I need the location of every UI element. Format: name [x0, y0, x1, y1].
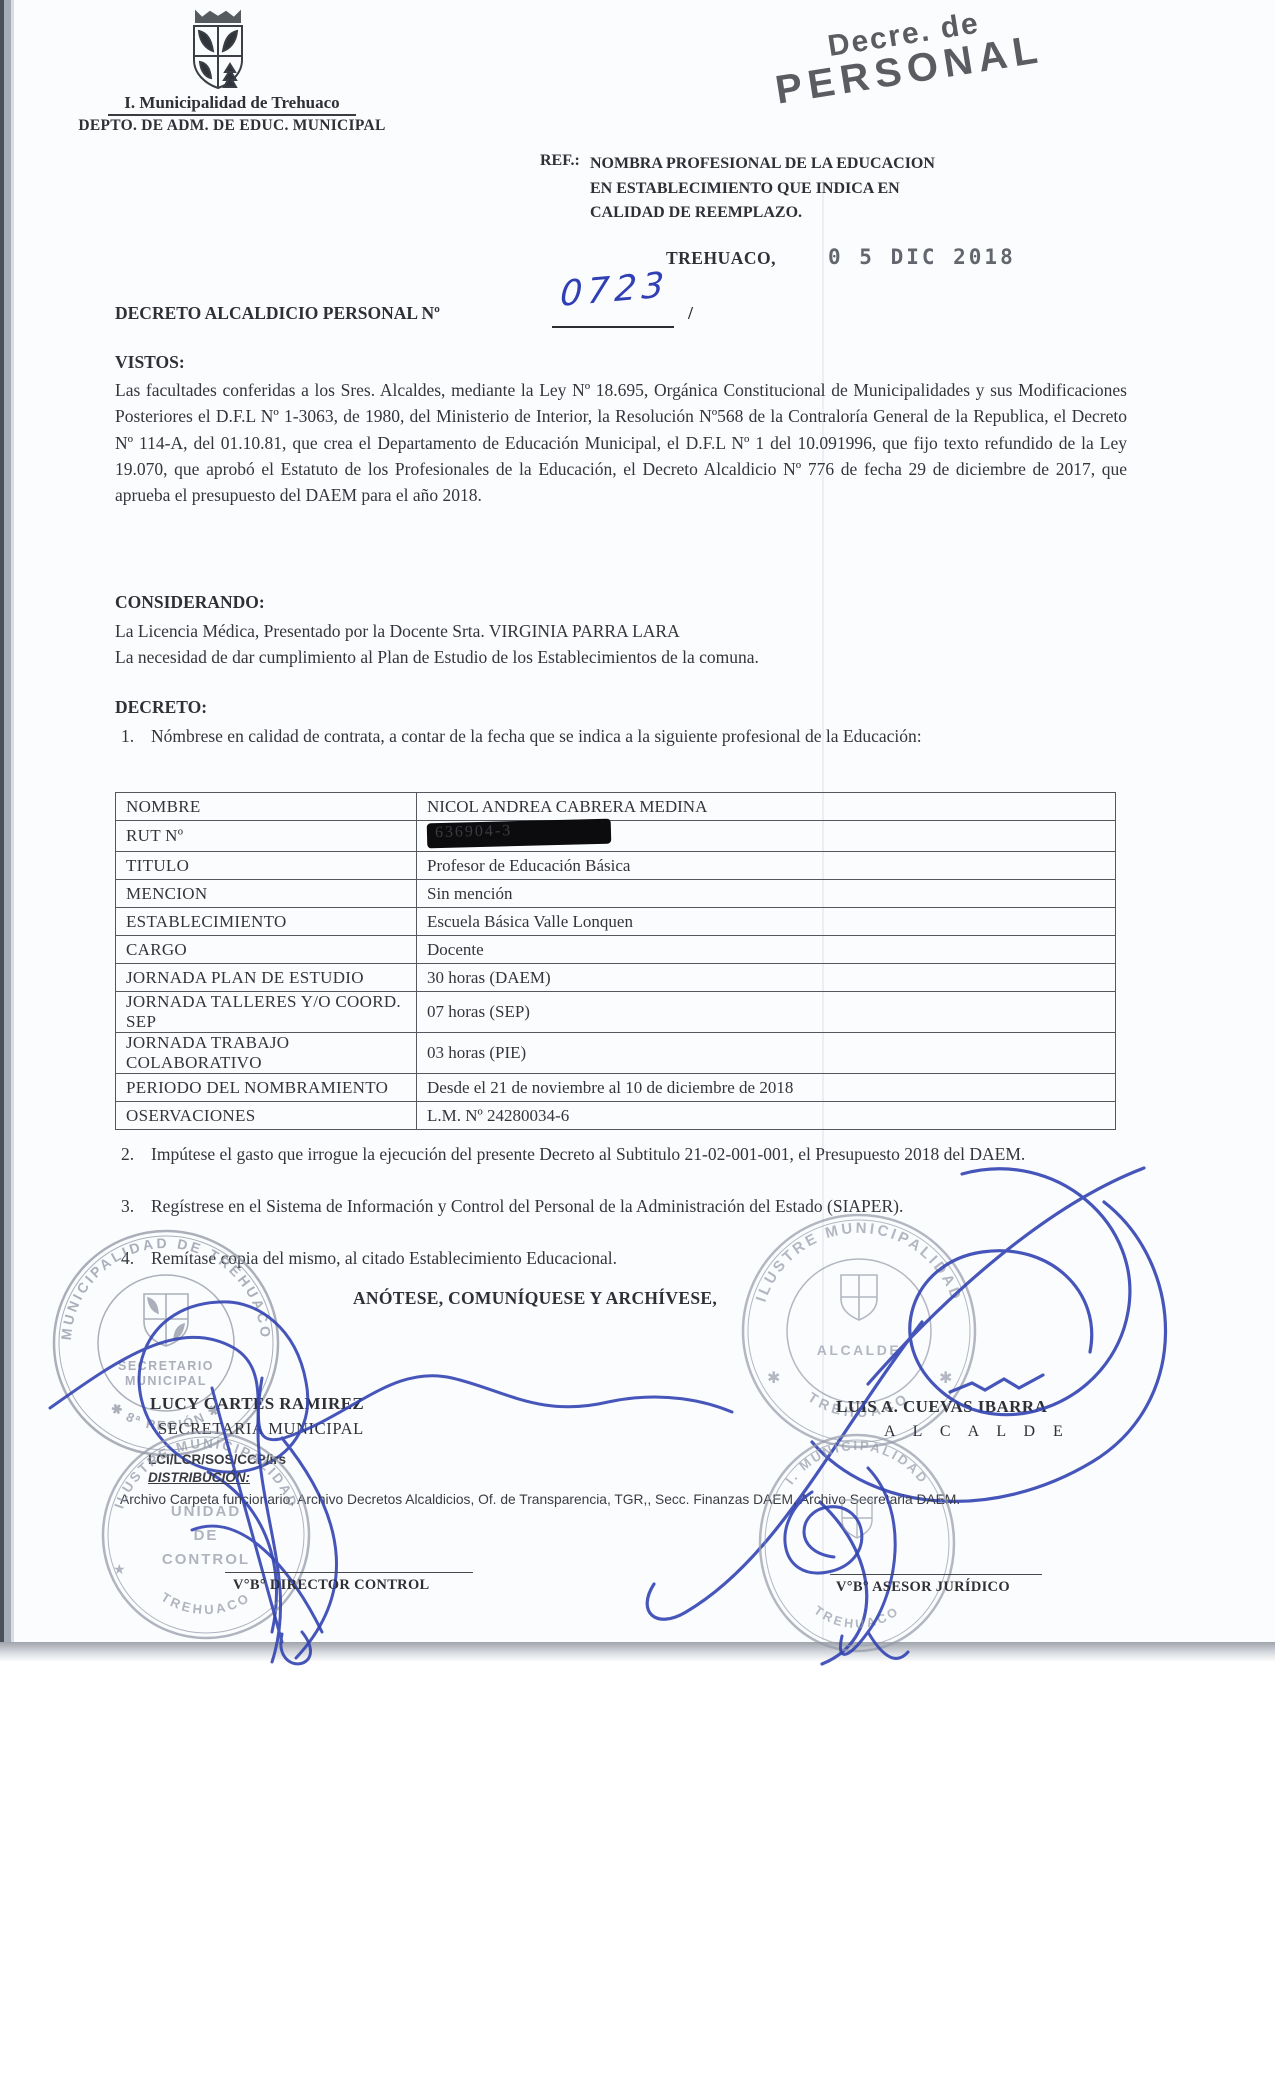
decreto-heading: DECRETO:: [115, 697, 207, 718]
ref-label: REF.:: [540, 152, 580, 170]
item-2-number: 2.: [121, 1141, 134, 1167]
table-row: OSERVACIONESL.M. Nº 24280034-6: [116, 1102, 1116, 1130]
coat-of-arms-logo: [178, 8, 258, 94]
municipality-name: I. Municipalidad de Trehuaco: [108, 93, 356, 116]
svg-text:ALCALDE: ALCALDE: [817, 1342, 901, 1358]
row-label: ESTABLECIMIENTO: [116, 908, 417, 936]
table-row: JORNADA TRABAJO COLABORATIVO03 horas (PI…: [116, 1033, 1116, 1074]
table-row: TITULOProfesor de Educación Básica: [116, 852, 1116, 880]
row-label: RUT Nº: [116, 821, 417, 852]
table-row: MENCIONSin mención: [116, 880, 1116, 908]
svg-text:SECRETARIO: SECRETARIO: [118, 1359, 214, 1373]
svg-text:✱: ✱: [939, 1370, 952, 1387]
svg-text:DE: DE: [194, 1527, 219, 1544]
decreto-item-2: 2. Impútese el gasto que irrogue la ejec…: [115, 1141, 1129, 1167]
row-value: Desde el 21 de noviembre al 10 de diciem…: [417, 1074, 1116, 1102]
row-label: TITULO: [116, 852, 417, 880]
svg-text:UNIDAD: UNIDAD: [171, 1503, 241, 1520]
row-value: Profesor de Educación Básica: [417, 852, 1116, 880]
row-value: L.M. Nº 24280034-6: [417, 1102, 1116, 1130]
row-value: Escuela Básica Valle Lonquen: [417, 908, 1116, 936]
table-row: PERIODO DEL NOMBRAMIENTODesde el 21 de n…: [116, 1074, 1116, 1102]
row-label: JORNADA PLAN DE ESTUDIO: [116, 964, 417, 992]
svg-text:✱: ✱: [767, 1370, 780, 1387]
ref-line3: CALIDAD DE REEMPLAZO.: [590, 201, 1010, 226]
item-1-number: 1.: [121, 723, 134, 749]
rut-redaction-box: 636904-3: [427, 819, 612, 849]
row-value: Docente: [417, 936, 1116, 964]
alcalde-stamp: ILUSTRE MUNICIPALIDAD TREHUACO ALCALDE ✱…: [733, 1205, 985, 1457]
vistos-paragraph: Las facultades conferidas a los Sres. Al…: [115, 377, 1127, 508]
vb-asesor-line: [830, 1550, 1042, 1575]
table-row: RUT Nº 636904-3: [116, 821, 1116, 852]
secretaria-name: LUCY CARTES RAMIREZ: [150, 1394, 364, 1414]
table-row: JORNADA PLAN DE ESTUDIO30 horas (DAEM): [116, 964, 1116, 992]
date-stamp: 0 5 DIC 2018: [828, 245, 1016, 269]
row-label: NOMBRE: [116, 793, 417, 821]
department-name: DEPTO. DE ADM. DE EDUC. MUNICIPAL: [52, 117, 412, 135]
scan-edge-light: [11, 0, 14, 1650]
scanned-decree-page: I. Municipalidad de Trehuaco DEPTO. DE A…: [0, 0, 1275, 2100]
svg-text:I. MUNICIPALIDAD: I. MUNICIPALIDAD: [782, 1438, 931, 1487]
row-label: PERIODO DEL NOMBRAMIENTO: [116, 1074, 417, 1102]
svg-text:TREHUACO: TREHUACO: [811, 1603, 902, 1631]
table-row: JORNADA TALLERES Y/O COORD. SEP07 horas …: [116, 992, 1116, 1033]
ref-block: NOMBRA PROFESIONAL DE LA EDUCACION EN ES…: [590, 152, 1010, 226]
row-label: MENCION: [116, 880, 417, 908]
svg-text:★: ★: [113, 1563, 126, 1578]
asesor-juridico-stamp: I. MUNICIPALIDAD TREHUACO: [752, 1428, 962, 1658]
svg-text:ILUSTRE MUNICIPALIDAD: ILUSTRE MUNICIPALIDAD: [111, 1436, 300, 1511]
item-2-text: Impútese el gasto que irrogue la ejecuci…: [151, 1144, 1025, 1164]
unidad-control-stamp: ILUSTRE MUNICIPALIDAD TREHUACO UNIDAD DE…: [95, 1424, 317, 1646]
scan-edge-mid: [4, 0, 11, 1650]
table-row: NOMBRENICOL ANDREA CABRERA MEDINA: [116, 793, 1116, 821]
item-1-text: Nómbrese en calidad de contrata, a conta…: [151, 726, 922, 746]
considerando-heading: CONSIDERANDO:: [115, 592, 265, 613]
row-label: CARGO: [116, 936, 417, 964]
row-value: Sin mención: [417, 880, 1116, 908]
considerando-line2: La necesidad de dar cumplimiento al Plan…: [115, 644, 1127, 670]
vb-director-control: V°B° DIRECTOR CONTROL: [233, 1577, 430, 1594]
decreto-item-1: 1. Nómbrese en calidad de contrata, a co…: [115, 723, 1129, 749]
row-label: OSERVACIONES: [116, 1102, 417, 1130]
row-label: JORNADA TRABAJO COLABORATIVO: [116, 1033, 417, 1074]
table-row: CARGODocente: [116, 936, 1116, 964]
item-3-number: 3.: [121, 1193, 134, 1219]
decree-number-suffix: /: [688, 303, 693, 324]
vistos-heading: VISTOS:: [115, 352, 185, 373]
decree-number-label: DECRETO ALCALDICIO PERSONAL Nº: [115, 303, 440, 324]
row-value: NICOL ANDREA CABRERA MEDINA: [417, 793, 1116, 821]
svg-text:MUNICIPAL: MUNICIPAL: [125, 1374, 207, 1388]
vb-director-line: [225, 1548, 473, 1573]
row-value: 636904-3: [417, 821, 1116, 852]
row-value: 03 horas (PIE): [417, 1033, 1116, 1074]
considerando-line1: La Licencia Médica, Presentado por la Do…: [115, 618, 1127, 644]
table-row: ESTABLECIMIENTOEscuela Básica Valle Lonq…: [116, 908, 1116, 936]
appointment-table: NOMBRENICOL ANDREA CABRERA MEDINA RUT Nº…: [115, 792, 1116, 1130]
ref-line1: NOMBRA PROFESIONAL DE LA EDUCACION: [590, 152, 1010, 177]
vb-asesor-juridico: V°B° ASESOR JURÍDICO: [836, 1579, 1010, 1596]
row-value: 07 horas (SEP): [417, 992, 1116, 1033]
row-value: 30 horas (DAEM): [417, 964, 1116, 992]
alcalde-name: LUIS A. CUEVAS IBARRA: [836, 1397, 1047, 1417]
city-dateline: TREHUACO,: [666, 248, 776, 269]
row-label: JORNADA TALLERES Y/O COORD. SEP: [116, 992, 417, 1033]
ref-line2: EN ESTABLECIMIENTO QUE INDICA EN: [590, 177, 1010, 202]
